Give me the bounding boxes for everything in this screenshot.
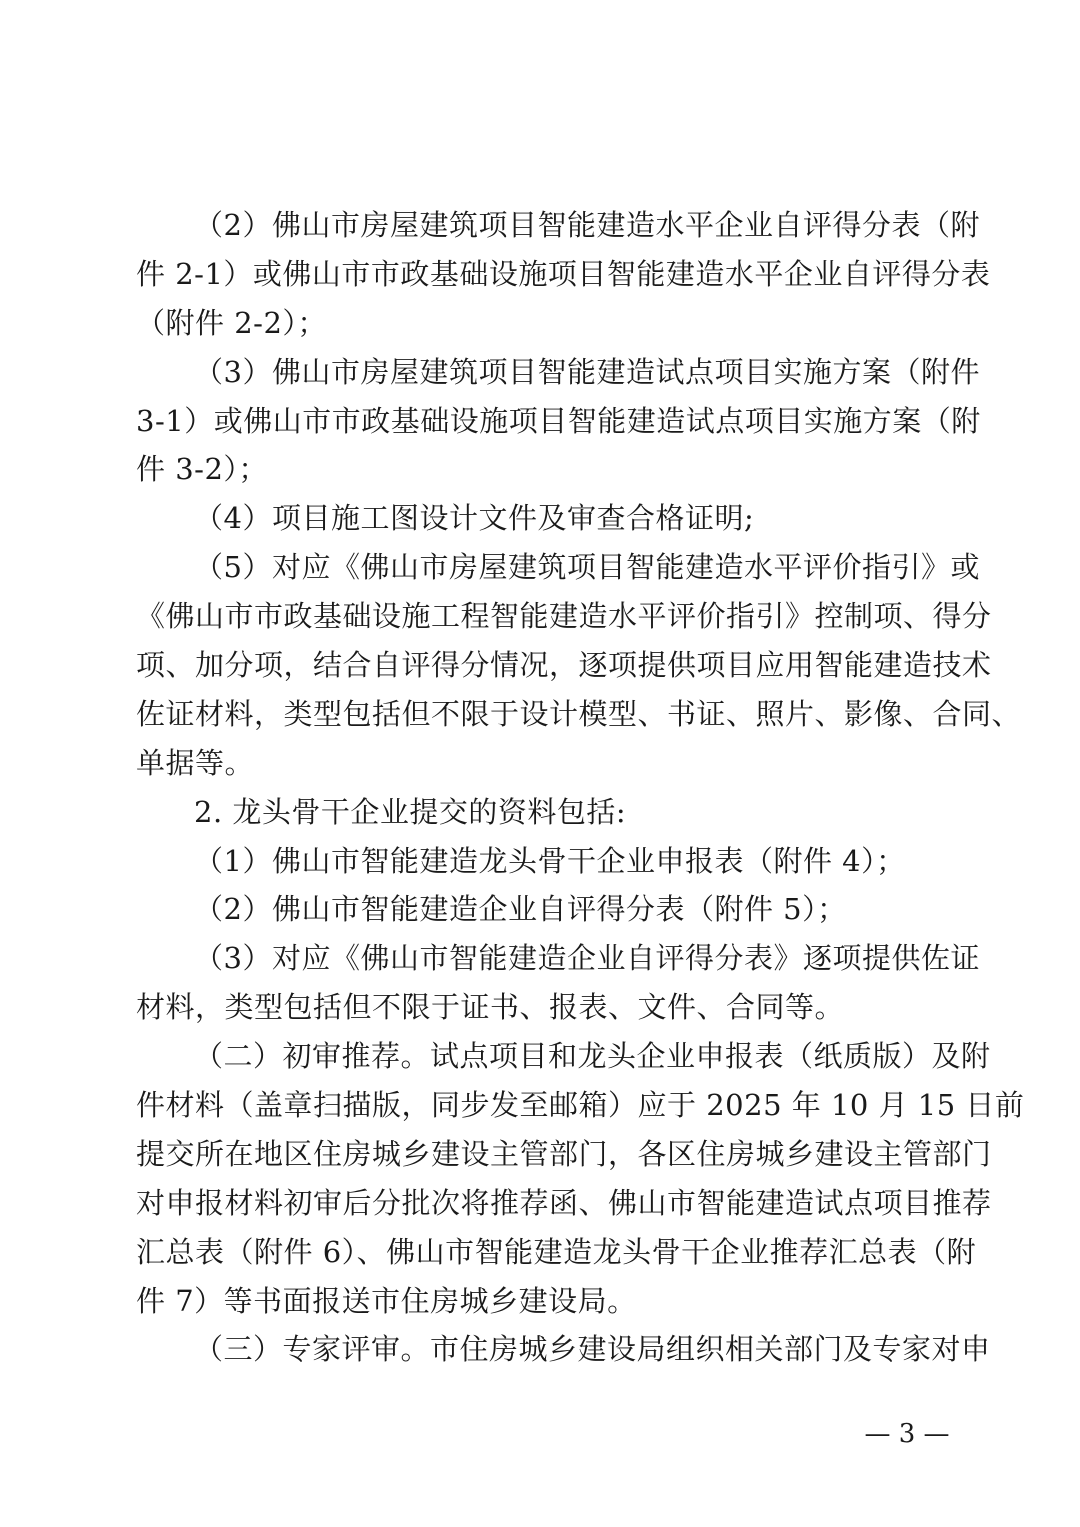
- line-text: 对申报材料初审后分批次将推荐函、佛山市智能建造试点项目推荐: [136, 1186, 992, 1220]
- line-text: （3）佛山市房屋建筑项目智能建造试点项目实施方案（附件: [194, 355, 980, 389]
- text-line: （二）初审推荐。试点项目和龙头企业申报表（纸质版）及附: [136, 1032, 948, 1081]
- line-text: 汇总表（附件 6）、佛山市智能建造龙头骨干企业推荐汇总表（附: [136, 1235, 976, 1269]
- section-heading: （三）专家评审。: [194, 1332, 430, 1366]
- text-line: （3）对应《佛山市智能建造企业自评得分表》逐项提供佐证: [136, 934, 948, 983]
- line-text: （附件 2-2）；: [136, 306, 327, 340]
- text-line: （2）佛山市智能建造企业自评得分表（附件 5）；: [136, 885, 948, 934]
- line-text: 试点项目和龙头企业申报表（纸质版）及附: [430, 1039, 991, 1073]
- text-line: 件 3-2）；: [136, 445, 948, 494]
- line-text: 2. 龙头骨干企业提交的资料包括:: [194, 795, 626, 829]
- line-text: （2）佛山市房屋建筑项目智能建造水平企业自评得分表（附: [194, 208, 980, 242]
- line-text: （5）对应《佛山市房屋建筑项目智能建造水平评价指引》或: [194, 550, 980, 584]
- text-line: （三）专家评审。市住房城乡建设局组织相关部门及专家对申: [136, 1325, 948, 1374]
- line-text: 提交所在地区住房城乡建设主管部门，各区住房城乡建设主管部门: [136, 1137, 992, 1171]
- text-line: 佐证材料，类型包括但不限于设计模型、书证、照片、影像、合同、: [136, 690, 948, 739]
- text-line: （附件 2-2）；: [136, 299, 948, 348]
- text-line: 件材料（盖章扫描版，同步发至邮箱）应于 2025 年 10 月 15 日前: [136, 1081, 948, 1130]
- text-line: 对申报材料初审后分批次将推荐函、佛山市智能建造试点项目推荐: [136, 1179, 948, 1228]
- line-text: （3）对应《佛山市智能建造企业自评得分表》逐项提供佐证: [194, 941, 980, 975]
- text-line: 件 7）等书面报送市住房城乡建设局。: [136, 1277, 948, 1326]
- line-text: （4）项目施工图设计文件及审查合格证明;: [194, 501, 754, 535]
- text-line: 项、加分项，结合自评得分情况，逐项提供项目应用智能建造技术: [136, 641, 948, 690]
- line-text: 市住房城乡建设局组织相关部门及专家对申: [430, 1332, 991, 1366]
- text-line: 件 2-1）或佛山市市政基础设施项目智能建造水平企业自评得分表: [136, 250, 948, 299]
- line-text: （1）佛山市智能建造龙头骨干企业申报表（附件 4）；: [194, 844, 906, 878]
- document-page: （2）佛山市房屋建筑项目智能建造水平企业自评得分表（附 件 2-1）或佛山市市政…: [0, 0, 1080, 1527]
- text-line: 单据等。: [136, 739, 948, 788]
- text-line: （2）佛山市房屋建筑项目智能建造水平企业自评得分表（附: [136, 201, 948, 250]
- line-text: 件 7）等书面报送市住房城乡建设局。: [136, 1284, 637, 1318]
- line-text: 3-1）或佛山市市政基础设施项目智能建造试点项目实施方案（附: [136, 404, 981, 438]
- line-text: 单据等。: [136, 746, 254, 780]
- line-text: 件 2-1）或佛山市市政基础设施项目智能建造水平企业自评得分表: [136, 257, 990, 291]
- text-line: 提交所在地区住房城乡建设主管部门，各区住房城乡建设主管部门: [136, 1130, 948, 1179]
- text-line: 材料，类型包括但不限于证书、报表、文件、合同等。: [136, 983, 948, 1032]
- line-text: 材料，类型包括但不限于证书、报表、文件、合同等。: [136, 990, 844, 1024]
- text-line: （5）对应《佛山市房屋建筑项目智能建造水平评价指引》或: [136, 543, 948, 592]
- line-text: 件 3-2）；: [136, 452, 268, 486]
- section-heading: （二）初审推荐。: [194, 1039, 430, 1073]
- text-line: （1）佛山市智能建造龙头骨干企业申报表（附件 4）；: [136, 837, 948, 886]
- text-line: 汇总表（附件 6）、佛山市智能建造龙头骨干企业推荐汇总表（附: [136, 1228, 948, 1277]
- text-line: 《佛山市市政基础设施工程智能建造水平评价指引》控制项、得分: [136, 592, 948, 641]
- page-number: — 3 —: [852, 1414, 962, 1454]
- line-text: 佐证材料，类型包括但不限于设计模型、书证、照片、影像、合同、: [136, 697, 1021, 731]
- text-line: （4）项目施工图设计文件及审查合格证明;: [136, 494, 948, 543]
- line-text: 项、加分项，结合自评得分情况，逐项提供项目应用智能建造技术: [136, 648, 992, 682]
- line-text: 件材料（盖章扫描版，同步发至邮箱）应于 2025 年 10 月 15 日前: [136, 1088, 1024, 1122]
- text-line: 2. 龙头骨干企业提交的资料包括:: [136, 788, 948, 837]
- line-text: （2）佛山市智能建造企业自评得分表（附件 5）；: [194, 892, 847, 926]
- document-body: （2）佛山市房屋建筑项目智能建造水平企业自评得分表（附 件 2-1）或佛山市市政…: [136, 201, 948, 1374]
- text-line: （3）佛山市房屋建筑项目智能建造试点项目实施方案（附件: [136, 348, 948, 397]
- text-line: 3-1）或佛山市市政基础设施项目智能建造试点项目实施方案（附: [136, 397, 948, 446]
- line-text: 《佛山市市政基础设施工程智能建造水平评价指引》控制项、得分: [136, 599, 992, 633]
